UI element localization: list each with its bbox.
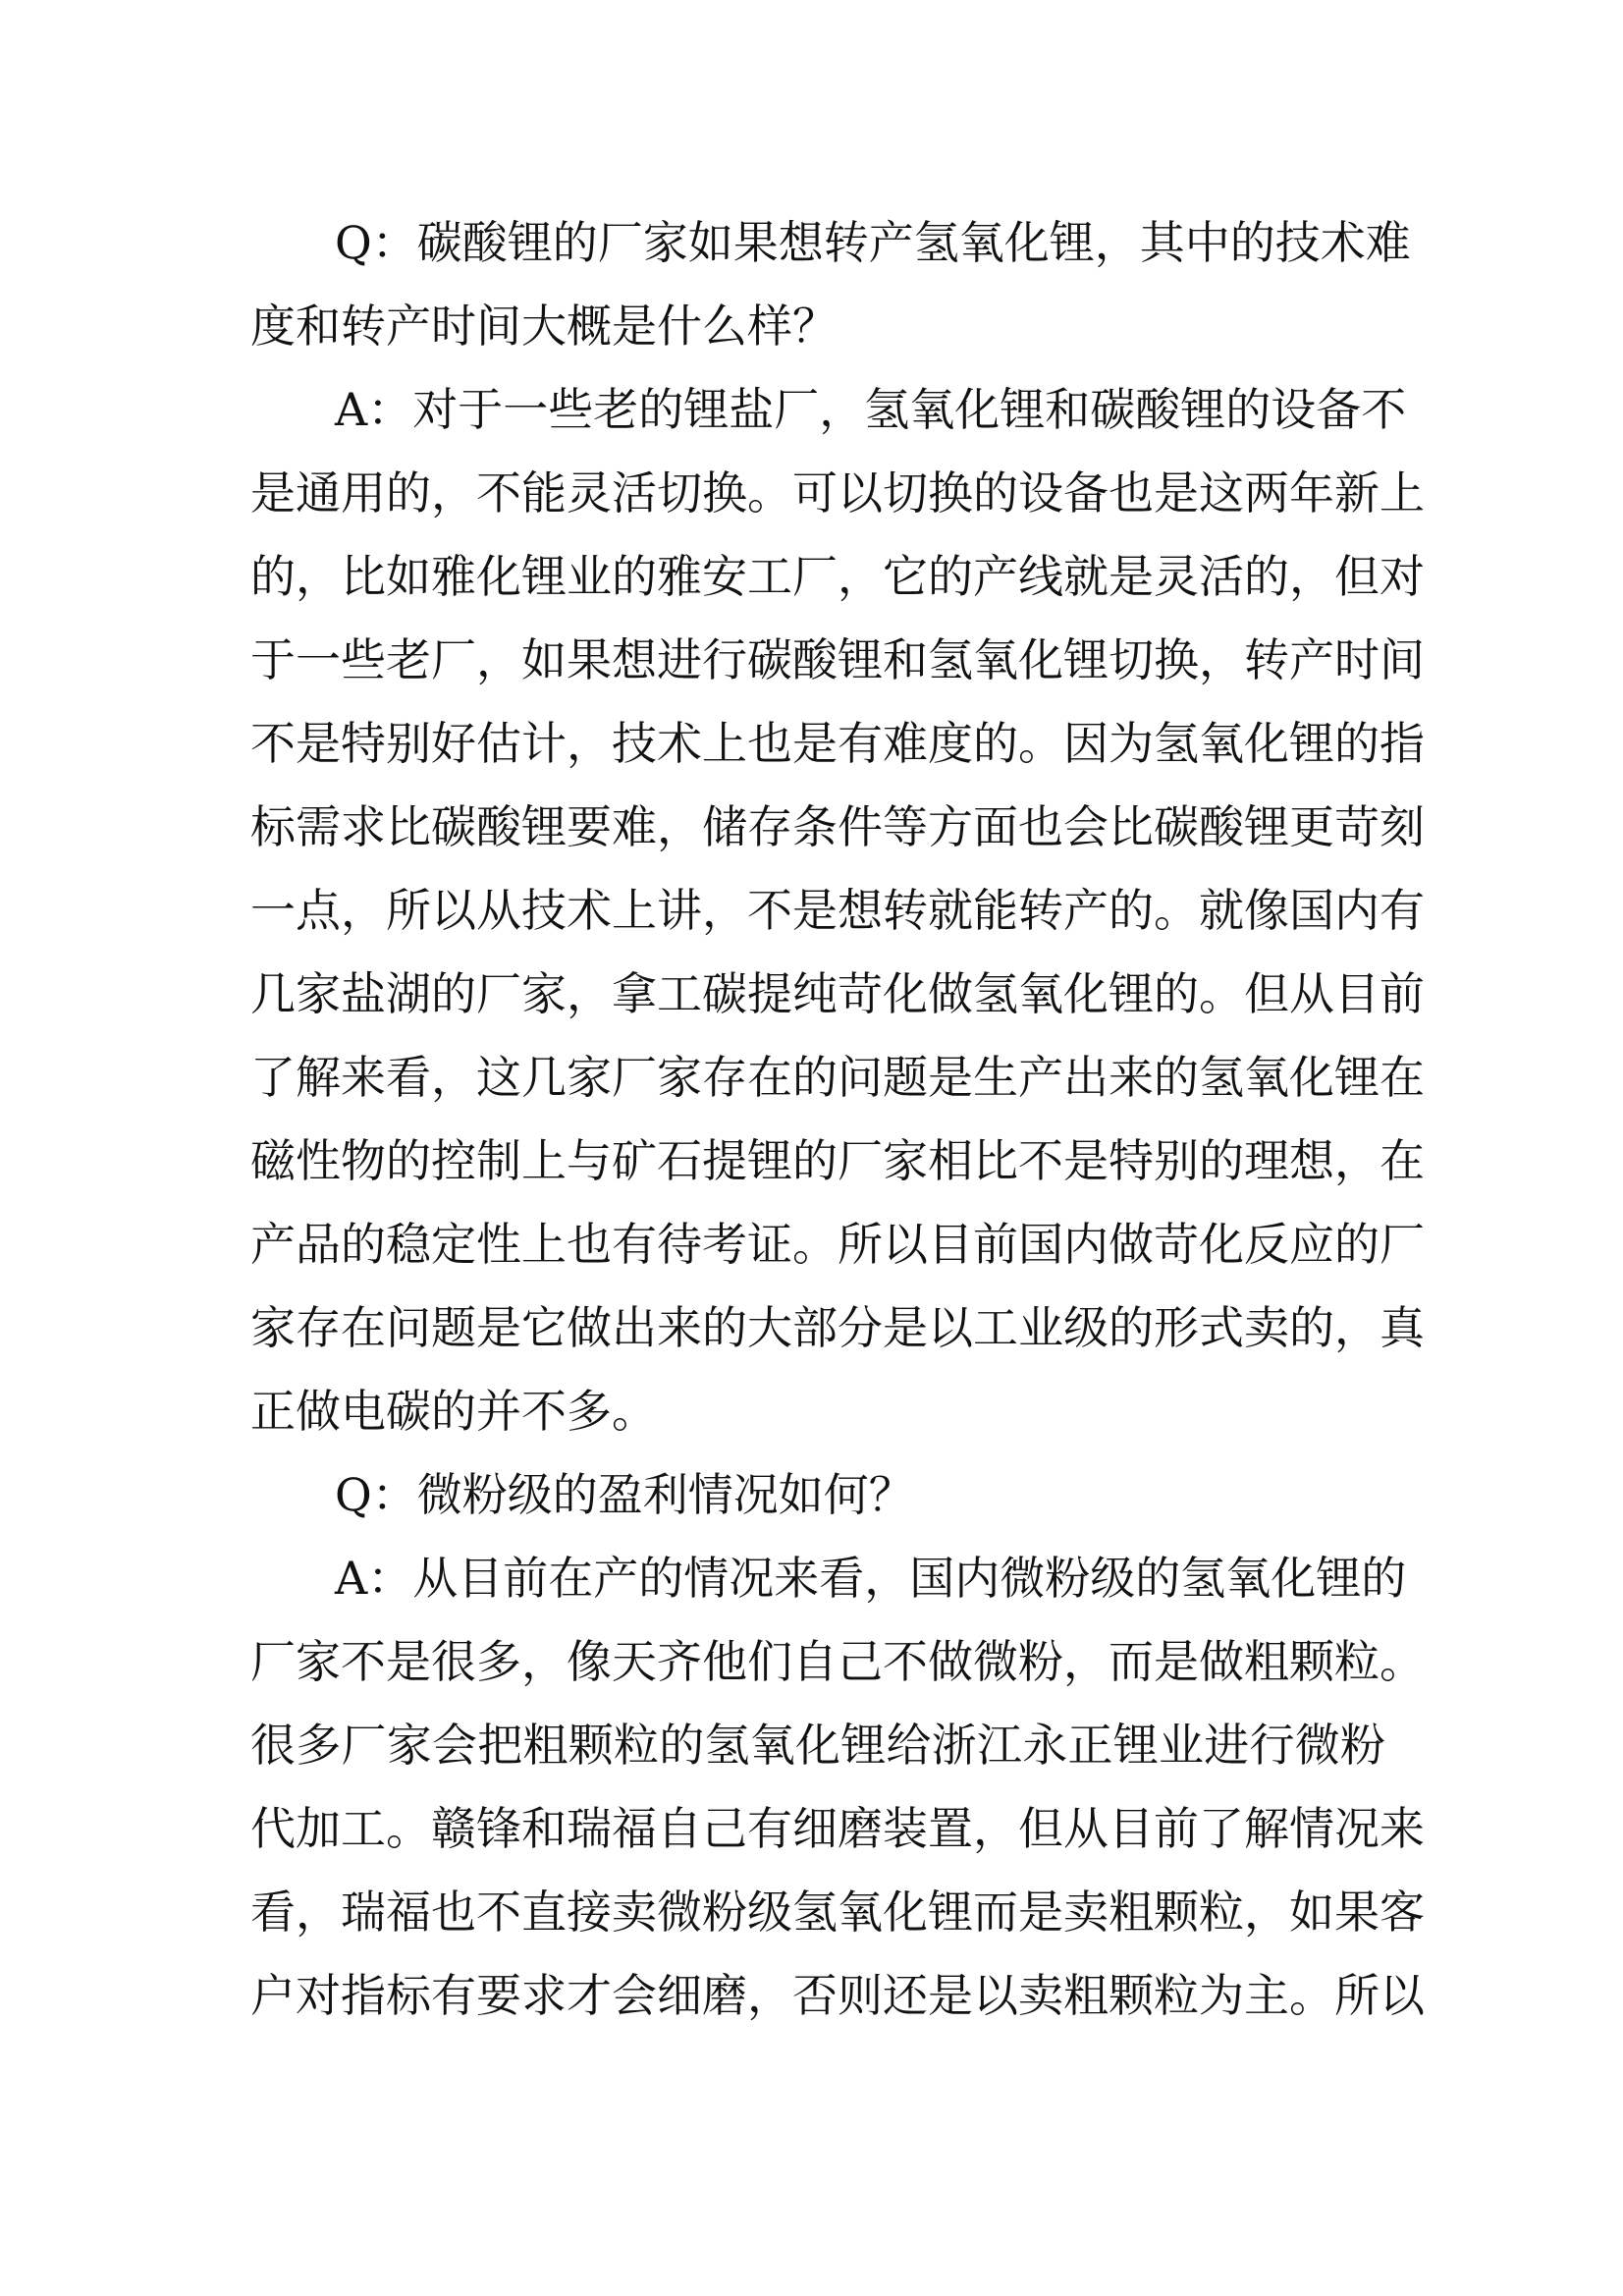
text-line: 度和转产时间大概是什么样？ [250,301,1385,385]
question-paragraph-1: Q：碳酸锂的厂家如果想转产氢氧化锂，其中的技术难 度和转产时间大概是什么样？ [250,218,1385,385]
text-line: 不是特别好估计，技术上也是有难度的。因为氢氧化锂的指 [250,719,1385,802]
text-line: 磁性物的控制上与矿石提锂的厂家相比不是特别的理想，在 [250,1136,1385,1220]
text-line: Q：微粉级的盈利情况如何？ [250,1470,1385,1554]
answer-paragraph-1: A：对于一些老的锂盐厂，氢氧化锂和碳酸锂的设备不 是通用的，不能灵活切换。可以切… [250,385,1385,1470]
question-paragraph-2: Q：微粉级的盈利情况如何？ [250,1470,1385,1554]
text-line: 了解来看，这几家厂家存在的问题是生产出来的氢氧化锂在 [250,1053,1385,1136]
text-line: 代加工。赣锋和瑞福自己有细磨装置，但从目前了解情况来 [250,1804,1385,1887]
text-line: 家存在问题是它做出来的大部分是以工业级的形式卖的，真 [250,1303,1385,1387]
text-line: 是通用的，不能灵活切换。可以切换的设备也是这两年新上 [250,468,1385,552]
text-line: 的，比如雅化锂业的雅安工厂，它的产线就是灵活的，但对 [250,552,1385,635]
text-line: 户对指标有要求才会细磨，否则还是以卖粗颗粒为主。所以 [250,1971,1385,2054]
text-line: 很多厂家会把粗颗粒的氢氧化锂给浙江永正锂业进行微粉 [250,1721,1385,1804]
text-line: 正做电碳的并不多。 [250,1387,1385,1470]
text-line: 标需求比碳酸锂要难，储存条件等方面也会比碳酸锂更苛刻 [250,802,1385,886]
document-page: Q：碳酸锂的厂家如果想转产氢氧化锂，其中的技术难 度和转产时间大概是什么样？ A… [0,0,1623,2296]
text-line: 几家盐湖的厂家，拿工碳提纯苛化做氢氧化锂的。但从目前 [250,969,1385,1053]
text-line: 一点，所以从技术上讲，不是想转就能转产的。就像国内有 [250,886,1385,969]
answer-paragraph-2: A：从目前在产的情况来看，国内微粉级的氢氧化锂的 厂家不是很多，像天齐他们自己不… [250,1554,1385,2054]
text-line: Q：碳酸锂的厂家如果想转产氢氧化锂，其中的技术难 [250,218,1385,301]
text-line: 产品的稳定性上也有待考证。所以目前国内做苛化反应的厂 [250,1220,1385,1303]
text-line: A：对于一些老的锂盐厂，氢氧化锂和碳酸锂的设备不 [250,385,1385,468]
text-line: 看，瑞福也不直接卖微粉级氢氧化锂而是卖粗颗粒，如果客 [250,1887,1385,1971]
text-line: 于一些老厂，如果想进行碳酸锂和氢氧化锂切换，转产时间 [250,635,1385,719]
text-line: A：从目前在产的情况来看，国内微粉级的氢氧化锂的 [250,1554,1385,1637]
text-line: 厂家不是很多，像天齐他们自己不做微粉，而是做粗颗粒。 [250,1637,1385,1721]
body-text: Q：碳酸锂的厂家如果想转产氢氧化锂，其中的技术难 度和转产时间大概是什么样？ A… [250,218,1385,2054]
